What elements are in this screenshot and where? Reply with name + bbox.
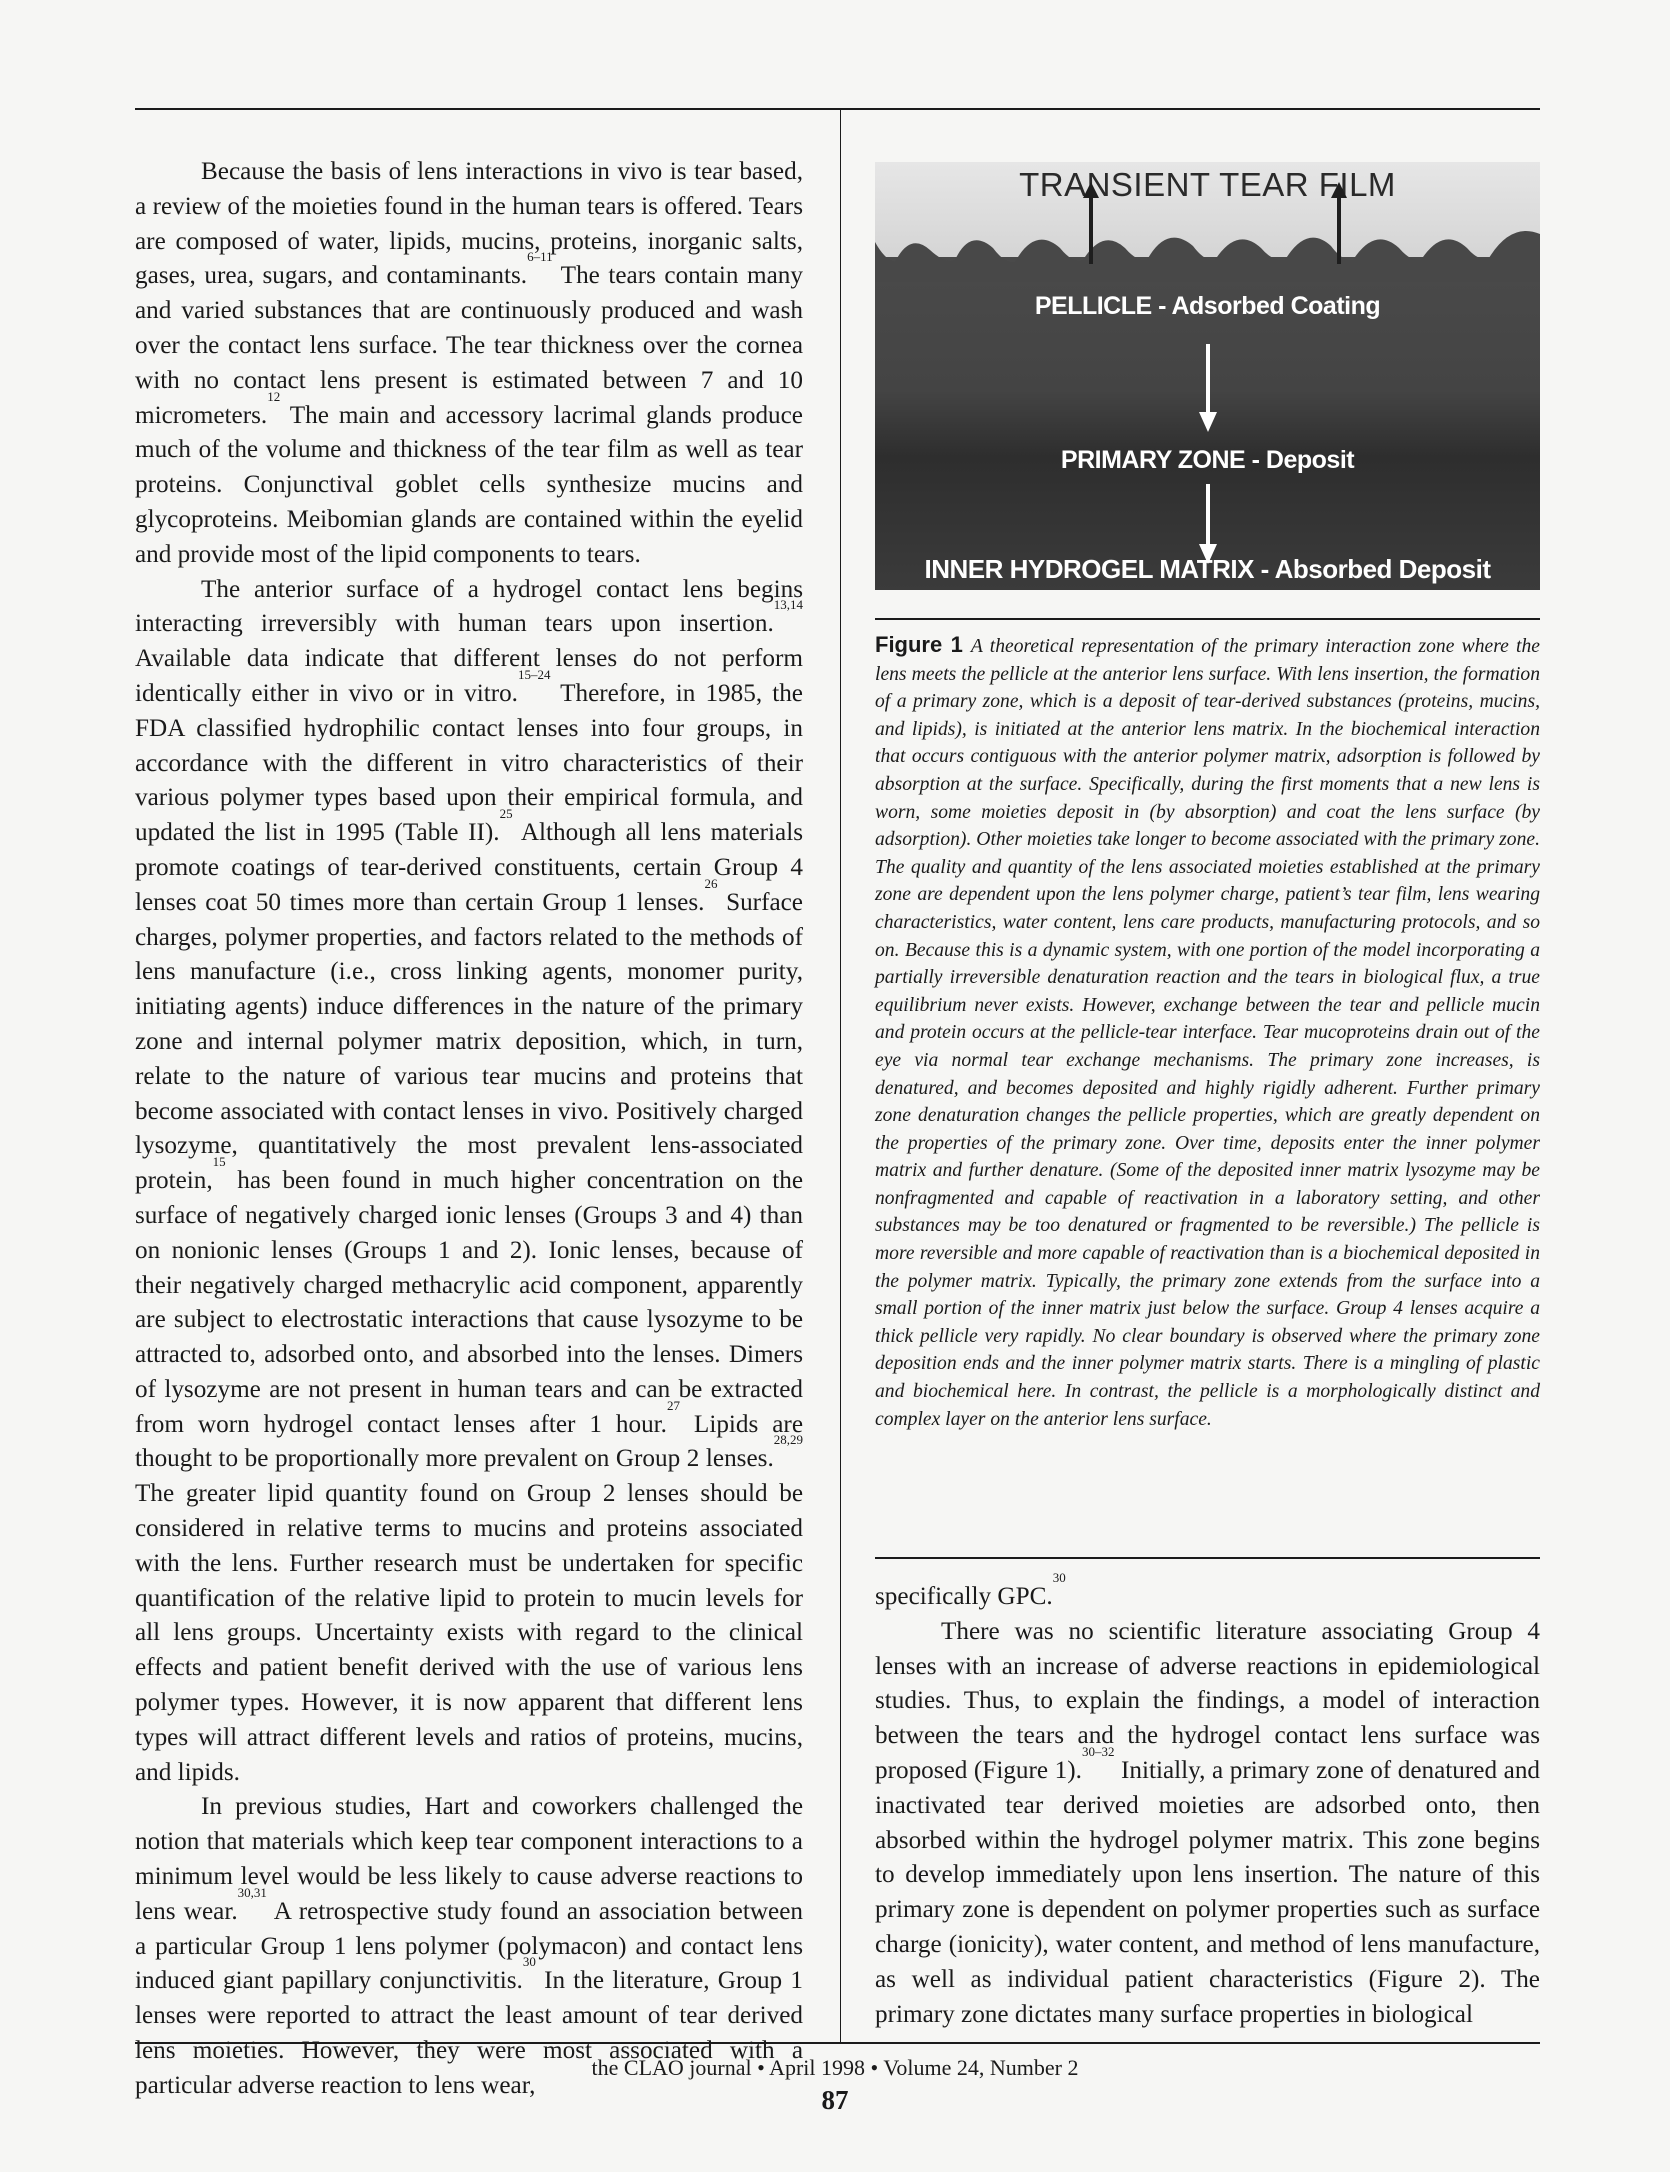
- citation-superscript: 13,14: [774, 597, 803, 612]
- citation-superscript: 15–24: [518, 667, 551, 682]
- caption-text: A theoretical representation of the prim…: [875, 636, 1540, 1430]
- figure-number: Figure 1: [875, 632, 963, 657]
- body-paragraph: The anterior surface of a hydrogel conta…: [135, 573, 803, 1791]
- caption-bottom-rule: [875, 1557, 1540, 1559]
- citation-superscript: 12: [267, 389, 280, 404]
- figure-caption: Figure 1A theoretical representation of …: [875, 631, 1540, 1433]
- body-paragraph: specifically GPC.30: [875, 1580, 1540, 1615]
- bottom-rule: [135, 2042, 1540, 2044]
- citation-superscript: 30–32: [1082, 1744, 1115, 1759]
- column-divider: [840, 110, 841, 2042]
- citation-superscript: 25: [500, 806, 513, 821]
- citation-superscript: 30,31: [238, 1885, 267, 1900]
- citation-superscript: 26: [704, 876, 717, 891]
- top-rule: [135, 108, 1540, 110]
- figure-title: TRANSIENT TEAR FILM: [875, 166, 1540, 204]
- caption-top-rule: [875, 618, 1540, 620]
- inner-matrix-label: INNER HYDROGEL MATRIX - Absorbed Deposit: [875, 554, 1540, 585]
- body-paragraph: There was no scientific literature assoc…: [875, 1615, 1540, 2033]
- pellicle-label: PELLICLE - Adsorbed Coating: [875, 292, 1540, 321]
- left-column: Because the basis of lens interactions i…: [135, 155, 803, 2104]
- up-arrow-icon: [1083, 182, 1099, 264]
- citation-superscript: 28,29: [774, 1432, 803, 1447]
- down-arrow-icon: [1199, 344, 1217, 432]
- up-arrow-icon: [1331, 182, 1347, 264]
- citation-superscript: 30: [523, 1954, 536, 1969]
- figure-1-diagram: TRANSIENT TEAR FILM PELLICLE - Adsorbed …: [875, 162, 1540, 590]
- citation-superscript: 30: [1053, 1570, 1066, 1585]
- citation-superscript: 15: [213, 1154, 226, 1169]
- citation-superscript: 27: [667, 1398, 680, 1413]
- body-paragraph: Because the basis of lens interactions i…: [135, 155, 803, 573]
- citation-superscript: 6–11: [527, 249, 553, 264]
- primary-zone-label: PRIMARY ZONE - Deposit: [875, 446, 1540, 475]
- down-arrow-icon: [1199, 484, 1217, 564]
- page-number: 87: [0, 2085, 1670, 2116]
- right-column: specifically GPC.30There was no scientif…: [875, 1580, 1540, 2032]
- journal-footer: the CLAO journal • April 1998 • Volume 2…: [0, 2055, 1670, 2081]
- pellicle-wave-surface: [875, 222, 1540, 282]
